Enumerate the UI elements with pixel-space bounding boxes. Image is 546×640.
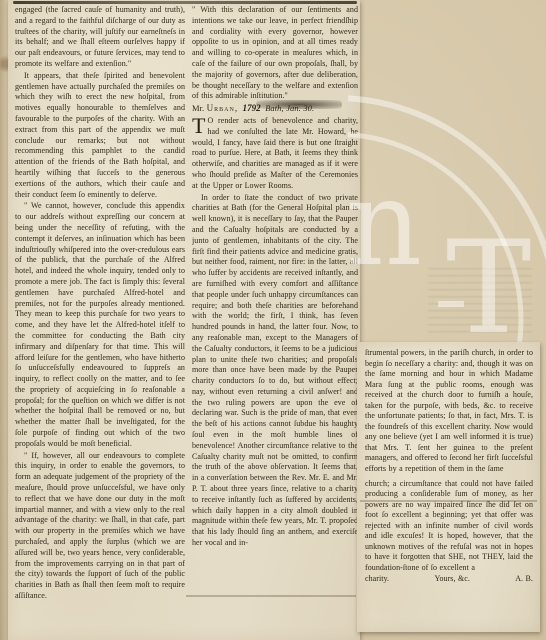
letter-dateline: Bath, Jan. 30. xyxy=(265,103,314,113)
letter-heading-name: Urban, xyxy=(207,103,238,113)
letter-heading-prefix: Mr. xyxy=(192,103,204,113)
left-text-column: engaged (the ſacred cauſe of humanity an… xyxy=(15,5,185,640)
signature-yours: Yours, &c. xyxy=(434,574,469,585)
side-text-column: ſtrumental powers, in the pariſh church,… xyxy=(365,348,533,628)
letter-heading: Mr. Urban, 1792 Bath, Jan. 30. xyxy=(192,103,358,115)
middle-text-column: " With this declaration of our ſentiment… xyxy=(192,5,358,640)
opening-paragraph: TO render acts of benevolence and charit… xyxy=(192,116,358,192)
continuation-paragraph: ſtrumental powers, in the pariſh church,… xyxy=(365,348,533,475)
side-newspaper-clipping: ſtrumental powers, in the pariſh church,… xyxy=(357,342,540,632)
signature-lead-word: charity. xyxy=(365,574,389,585)
bleed-through-text xyxy=(428,268,532,338)
continuation-paragraph: church; a circumſtance that could not ha… xyxy=(365,479,533,574)
paragraph: " We cannot, however, conclude this appe… xyxy=(15,201,185,449)
signature-line: charity. Yours, &c. A. B. xyxy=(365,574,533,585)
paragraph: " If, however, all our endeavours to com… xyxy=(15,451,185,602)
paragraph: engaged (the ſacred cauſe of humanity an… xyxy=(15,5,185,70)
signature-initials: A. B. xyxy=(515,574,533,585)
paragraph: It appears, that theſe ſpirited and bene… xyxy=(15,71,185,201)
body-paragraph: In order to ſtate the conduct of two pri… xyxy=(192,193,358,549)
scrapbook-photo: engaged (the ſacred cauſe of humanity an… xyxy=(0,0,546,640)
backing-paper-edge xyxy=(0,0,8,640)
opening-paragraph-text: O render acts of benevolence and charity… xyxy=(192,116,358,190)
drop-cap-letter: T xyxy=(192,116,208,135)
clipping-cut-edge-line xyxy=(13,1,357,4)
handwritten-year: 1792 xyxy=(241,103,263,113)
main-newspaper-clipping: engaged (the ſacred cauſe of humanity an… xyxy=(8,0,360,640)
closing-quote-paragraph: " With this declaration of our ſentiment… xyxy=(192,5,358,102)
